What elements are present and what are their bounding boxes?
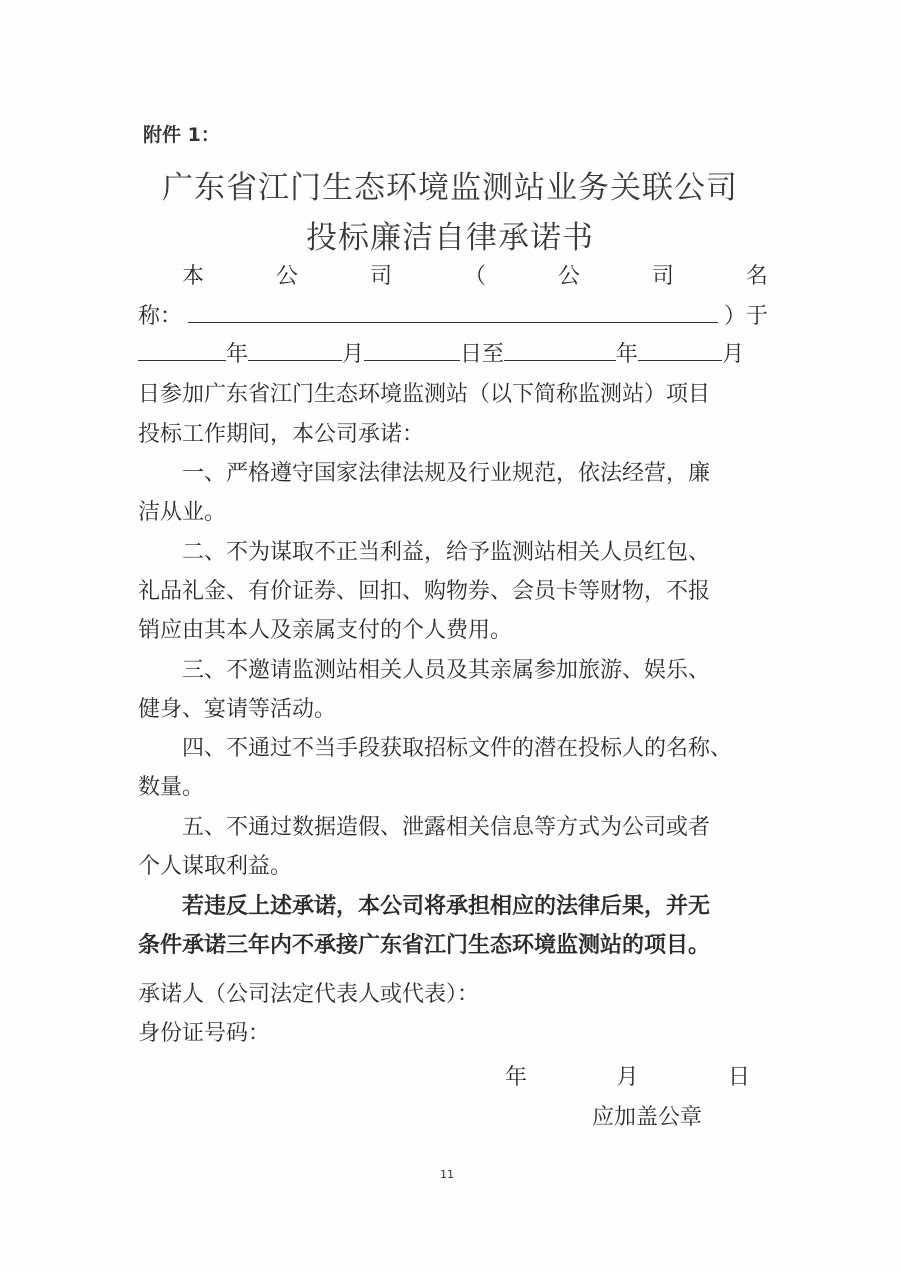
penalty-line-2: 条件承诺三年内不承接广东省江门生态环境监测站的项目。 <box>138 930 768 960</box>
intro-line-2: 称：）于 <box>138 302 768 332</box>
company-name-field[interactable] <box>188 302 718 323</box>
day-to-label: 日至 <box>460 342 504 367</box>
intro-char: 公 <box>276 262 298 292</box>
intro-char: 司 <box>370 262 392 292</box>
page-number: 11 <box>440 1168 454 1181</box>
start-day-field[interactable] <box>364 340 460 361</box>
month-label: 月 <box>342 342 364 367</box>
commitment-1-line-1: 一、严格遵守国家法律法规及行业规范，依法经营，廉 <box>138 459 812 489</box>
intro-char: 司 <box>652 262 674 292</box>
commitment-4-line-2: 数量。 <box>138 773 768 803</box>
intro-char: （ <box>464 262 486 292</box>
date-day-label: 日 <box>728 1060 750 1091</box>
commitment-2-line-3: 销应由其本人及亲属支付的个人费用。 <box>138 616 768 646</box>
seal-note: 应加盖公章 <box>592 1100 702 1131</box>
intro-line-1: 本 公 司 （ 公 司 名 <box>138 262 768 292</box>
intro-line-4: 日参加广东省江门生态环境监测站（以下简称监测站）项目 <box>138 380 768 410</box>
company-name-label: 称： <box>138 304 182 329</box>
document-title-line2: 投标廉洁自律承诺书 <box>0 212 900 257</box>
date-month-label: 月 <box>616 1060 638 1091</box>
end-year-field[interactable] <box>504 340 616 361</box>
document-title-line1: 广东省江门生态环境监测站业务关联公司 <box>0 162 900 207</box>
date-year-label: 年 <box>505 1060 527 1091</box>
year-label: 年 <box>616 342 638 367</box>
commitment-5-line-1: 五、不通过数据造假、泄露相关信息等方式为公司或者 <box>138 813 812 843</box>
intro-char: 名 <box>746 262 768 292</box>
id-number-label: 身份证号码： <box>138 1019 768 1049</box>
date-range-line: 年月日至年月 <box>138 340 768 370</box>
intro-char: 本 <box>182 262 204 292</box>
start-month-field[interactable] <box>248 340 342 361</box>
promisor-label: 承诺人（公司法定代表人或代表）： <box>138 980 768 1010</box>
intro-line-5: 投标工作期间，本公司承诺： <box>138 420 768 450</box>
year-label: 年 <box>226 342 248 367</box>
month-label: 月 <box>722 342 744 367</box>
document-page: 附件 1： 广东省江门生态环境监测站业务关联公司 投标廉洁自律承诺书 本 公 司… <box>0 0 900 1273</box>
commitment-5-line-2: 个人谋取利益。 <box>138 852 768 882</box>
penalty-line-1: 若违反上述承诺，本公司将承担相应的法律后果，并无 <box>138 891 812 921</box>
intro-suffix: ）于 <box>724 304 768 329</box>
end-month-field[interactable] <box>638 340 722 361</box>
commitment-2-line-2: 礼品礼金、有价证券、回扣、购物券、会员卡等财物，不报 <box>138 577 768 607</box>
intro-char: 公 <box>558 262 580 292</box>
start-year-field[interactable] <box>138 340 226 361</box>
commitment-3-line-2: 健身、宴请等活动。 <box>138 695 768 725</box>
signature-date: 年 月 日 <box>505 1060 750 1091</box>
commitment-2-line-1: 二、不为谋取不正当利益，给予监测站相关人员红包、 <box>138 538 812 568</box>
commitment-1-line-2: 洁从业。 <box>138 498 768 528</box>
commitment-4-line-1: 四、不通过不当手段获取招标文件的潜在投标人的名称、 <box>138 734 812 764</box>
commitment-3-line-1: 三、不邀请监测站相关人员及其亲属参加旅游、娱乐、 <box>138 656 812 686</box>
attachment-label: 附件 1： <box>143 120 220 147</box>
